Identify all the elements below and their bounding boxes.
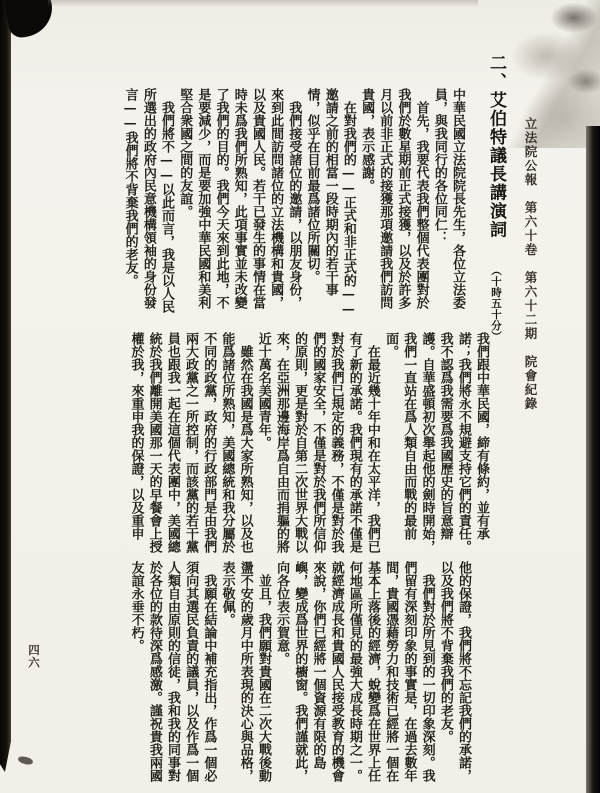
article-title-block: 二、艾伯特議長講演詞 （十時五十分） bbox=[484, 54, 509, 342]
paragraph: 在最近幾十年中和在太平洋，我們已有了新的承諾。我們現有的承諾不僅是對於我們已規定… bbox=[254, 332, 381, 562]
scan-artifact-left-bar bbox=[0, 0, 11, 772]
page-number: 四六 bbox=[26, 644, 42, 669]
scan-artifact-top-smudge bbox=[48, 0, 478, 7]
text-register-1: 中華民國立法院院長先生，各位立法委員，與我同行的各位同仁： 首先，我要代表我們整… bbox=[114, 88, 466, 318]
paragraph-salutation: 中華民國立法院院長先生，各位立法委員，與我同行的各位同仁： bbox=[430, 88, 466, 318]
scan-artifact-bottomleft-speck bbox=[17, 755, 33, 765]
text-register-3: 他的保證，我們將不忘記我們的承諾，以及我們將不背棄我們的老友。 我們對於所見到的… bbox=[82, 561, 472, 791]
paragraph: 我們接受諸位的邀請，以朋友身份，來到此間訪問諸位的立法機構和貴國，以及貴國人民。… bbox=[175, 88, 302, 318]
scan-artifact-right-bar bbox=[586, 126, 600, 793]
paragraph: 首先，我要代表我們整個代表團對於我們於數星期前正式接獲，以及於許多月以前非正式的… bbox=[357, 88, 430, 318]
paragraph: 我們將不——以此而言，我是以人民所選出的政府內民意機構領袖的身份發言——我們將不… bbox=[120, 88, 175, 318]
paragraph-continued: 他的保證，我們將不忘記我們的承諾，以及我們將不背棄我們的老友。 bbox=[436, 561, 472, 791]
paragraph: 在對我們的——正式和非正式的——邀請之前的相當一段時期內的若干事情，似乎在目前最… bbox=[302, 88, 357, 318]
paragraph: 並且，我們願對貴國在二次大戰後動盪不安的歲月中所表現的決心與品格，表示敬佩。 bbox=[217, 561, 272, 791]
title-time-note: （十時五十分） bbox=[490, 265, 502, 342]
article-title: 二、艾伯特議長講演詞 bbox=[486, 54, 506, 239]
paragraph: 我願在結論中補充指出，作爲一個必須向其選民負責的議員，以及作爲一個人類自由原則的… bbox=[126, 561, 217, 791]
text-register-2: 我們跟中華民國，締有條約，並有承諾；我們將永不規避支持它們的責任。我不認爲我需要… bbox=[96, 332, 490, 562]
paragraph: 雖然在我國是爲大家所熟知，以及也能爲諸位所熟知，美國總統和我分屬於不同的政黨，政… bbox=[126, 332, 253, 562]
paragraph-continued: 我們跟中華民國，締有條約，並有承諾；我們將永不規避支持它們的責任。我不認爲我需要… bbox=[381, 332, 490, 562]
paragraph: 我們對於所見到的一切印象深刻。我們留有深刻印象的事實是，在過去數年間，貴國憑藉勞… bbox=[272, 561, 436, 791]
gazette-page: 立法院公報 第六十卷 第六十二期 院會紀錄 二、艾伯特議長講演詞 （十時五十分）… bbox=[0, 0, 600, 793]
masthead: 立法院公報 第六十卷 第六十二期 院會紀錄 bbox=[521, 117, 539, 411]
